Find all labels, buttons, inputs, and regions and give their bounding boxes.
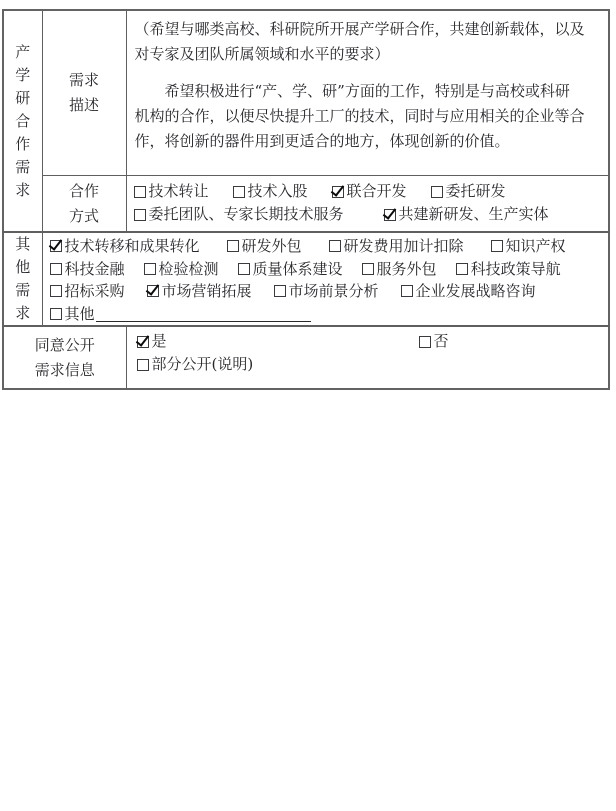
empty-checkbox-icon[interactable] [233, 186, 245, 198]
checkbox-option[interactable]: 市场前景分析 [274, 280, 379, 303]
empty-checkbox-icon[interactable] [419, 336, 431, 348]
checkbox-option-label: 共建新研发、生产实体 [399, 203, 549, 226]
checkbox-option-label: 否 [434, 330, 449, 353]
checkbox-option-label: 科技政策导航 [471, 258, 561, 281]
checkbox-option[interactable]: 其他 [50, 303, 311, 326]
cell-other-needs-header: 其他需求 [3, 232, 42, 326]
checked-checkbox-icon[interactable] [50, 240, 62, 252]
row-other-needs: 其他需求 技术转移和成果转化研发外包研发费用加计扣除知识产权科技金融检验检测质量… [3, 232, 609, 326]
row-publish-consent: 同意公开 需求信息 是否部分公开(说明) [3, 326, 609, 389]
other-needs-options: 技术转移和成果转化研发外包研发费用加计扣除知识产权科技金融检验检测质量体系建设服… [42, 232, 609, 326]
checkbox-option[interactable]: 否 [419, 330, 449, 353]
document-page: 产学研合作需求 需求 描述 （希望与哪类高校、科研院所开展产学研合作，共建创新载… [0, 0, 616, 811]
publish-consent-label: 同意公开 需求信息 [4, 333, 126, 383]
demand-hint-text: （希望与哪类高校、科研院所开展产学研合作，共建创新载体，以及 对专家及团队所属领… [135, 17, 603, 67]
checkbox-line: 技术转让技术入股联合开发委托研发 [134, 180, 609, 203]
row-demand-description: 产学研合作需求 需求 描述 （希望与哪类高校、科研院所开展产学研合作，共建创新载… [3, 10, 609, 176]
checkbox-option[interactable]: 研发外包 [227, 235, 302, 258]
checkbox-option-label: 知识产权 [506, 235, 566, 258]
checkbox-option-label: 委托研发 [446, 180, 506, 203]
demand-body-text: 希望积极进行“产、学、研”方面的工作，特别是与高校或科研 机构的合作，以便尽快提… [135, 79, 603, 154]
checkbox-option[interactable]: 服务外包 [362, 258, 437, 281]
checkbox-option-label: 检验检测 [159, 258, 219, 281]
cooperation-needs-table: 产学研合作需求 需求 描述 （希望与哪类高校、科研院所开展产学研合作，共建创新载… [2, 9, 610, 390]
checkbox-option[interactable]: 科技金融 [50, 258, 125, 281]
checkbox-option-label: 企业发展战略咨询 [416, 280, 536, 303]
checkbox-option[interactable]: 技术转移和成果转化 [50, 235, 200, 258]
cooperation-methods-options: 技术转让技术入股联合开发委托研发委托团队、专家长期技术服务共建新研发、生产实体 [126, 176, 609, 233]
cell-iar-row-header: 产学研合作需求 [3, 10, 42, 232]
checked-checkbox-icon[interactable] [332, 186, 344, 198]
empty-checkbox-icon[interactable] [134, 209, 146, 221]
checkbox-option-label: 部分公开(说明) [152, 353, 254, 376]
checkbox-option[interactable]: 是 [137, 330, 167, 353]
blank-fill-underline[interactable] [96, 306, 311, 322]
empty-checkbox-icon[interactable] [50, 263, 62, 275]
empty-checkbox-icon[interactable] [431, 186, 443, 198]
empty-checkbox-icon[interactable] [144, 263, 156, 275]
demand-description-label: 需求 描述 [43, 68, 126, 118]
checkbox-option-label: 研发外包 [242, 235, 302, 258]
checkbox-option-label: 技术转移和成果转化 [65, 235, 200, 258]
checkbox-option-label: 研发费用加计扣除 [344, 235, 464, 258]
cell-demand-label: 需求 描述 [42, 10, 126, 176]
checkbox-option-label: 委托团队、专家长期技术服务 [149, 203, 344, 226]
checkbox-option[interactable]: 部分公开(说明) [137, 353, 254, 376]
checkbox-option-label: 技术转让 [149, 180, 209, 203]
checkbox-option[interactable]: 共建新研发、生产实体 [384, 203, 549, 226]
checkbox-option-label: 科技金融 [65, 258, 125, 281]
cell-consent-label: 同意公开 需求信息 [3, 326, 126, 389]
checked-checkbox-icon[interactable] [137, 336, 149, 348]
checkbox-line: 其他 [50, 303, 609, 326]
checkbox-option[interactable]: 技术转让 [134, 180, 209, 203]
empty-checkbox-icon[interactable] [134, 186, 146, 198]
row-cooperation-methods: 合作 方式 技术转让技术入股联合开发委托研发委托团队、专家长期技术服务共建新研发… [3, 176, 609, 233]
checked-checkbox-icon[interactable] [147, 285, 159, 297]
empty-checkbox-icon[interactable] [456, 263, 468, 275]
checkbox-option[interactable]: 委托团队、专家长期技术服务 [134, 203, 344, 226]
checkbox-line: 招标采购市场营销拓展市场前景分析企业发展战略咨询 [50, 280, 609, 303]
checkbox-line: 技术转移和成果转化研发外包研发费用加计扣除知识产权 [50, 235, 609, 258]
empty-checkbox-icon[interactable] [50, 285, 62, 297]
checked-checkbox-icon[interactable] [384, 209, 396, 221]
checkbox-option[interactable]: 企业发展战略咨询 [401, 280, 536, 303]
checkbox-line: 部分公开(说明) [137, 353, 609, 376]
empty-checkbox-icon[interactable] [362, 263, 374, 275]
checkbox-option-label: 招标采购 [65, 280, 125, 303]
checkbox-line: 委托团队、专家长期技术服务共建新研发、生产实体 [134, 203, 609, 226]
cell-methods-label: 合作 方式 [42, 176, 126, 233]
checkbox-option[interactable]: 联合开发 [332, 180, 407, 203]
checkbox-option-label: 质量体系建设 [253, 258, 343, 281]
checkbox-option[interactable]: 委托研发 [431, 180, 506, 203]
checkbox-option-label: 市场前景分析 [289, 280, 379, 303]
checkbox-option-label: 其他 [65, 303, 95, 326]
checkbox-option-label: 服务外包 [377, 258, 437, 281]
checkbox-option-label: 市场营销拓展 [162, 280, 252, 303]
checkbox-option-label: 联合开发 [347, 180, 407, 203]
checkbox-option[interactable]: 市场营销拓展 [147, 280, 252, 303]
checkbox-option-label: 技术入股 [248, 180, 308, 203]
cell-demand-content: （希望与哪类高校、科研院所开展产学研合作，共建创新载体，以及 对专家及团队所属领… [126, 10, 609, 176]
checkbox-option[interactable]: 检验检测 [144, 258, 219, 281]
checkbox-option[interactable]: 质量体系建设 [238, 258, 343, 281]
empty-checkbox-icon[interactable] [238, 263, 250, 275]
empty-checkbox-icon[interactable] [491, 240, 503, 252]
other-needs-label: 其他需求 [15, 233, 32, 325]
empty-checkbox-icon[interactable] [401, 285, 413, 297]
checkbox-line: 是否 [137, 330, 609, 353]
checkbox-option[interactable]: 招标采购 [50, 280, 125, 303]
publish-consent-options: 是否部分公开(说明) [126, 326, 609, 389]
checkbox-line: 科技金融检验检测质量体系建设服务外包科技政策导航 [50, 258, 609, 281]
checkbox-option[interactable]: 知识产权 [491, 235, 566, 258]
empty-checkbox-icon[interactable] [329, 240, 341, 252]
checkbox-option[interactable]: 研发费用加计扣除 [329, 235, 464, 258]
iar-section-label: 产学研合作需求 [15, 41, 32, 202]
empty-checkbox-icon[interactable] [50, 308, 62, 320]
empty-checkbox-icon[interactable] [227, 240, 239, 252]
cooperation-methods-label: 合作 方式 [43, 179, 126, 229]
checkbox-option[interactable]: 科技政策导航 [456, 258, 561, 281]
empty-checkbox-icon[interactable] [137, 359, 149, 371]
checkbox-option[interactable]: 技术入股 [233, 180, 308, 203]
checkbox-option-label: 是 [152, 330, 167, 353]
empty-checkbox-icon[interactable] [274, 285, 286, 297]
